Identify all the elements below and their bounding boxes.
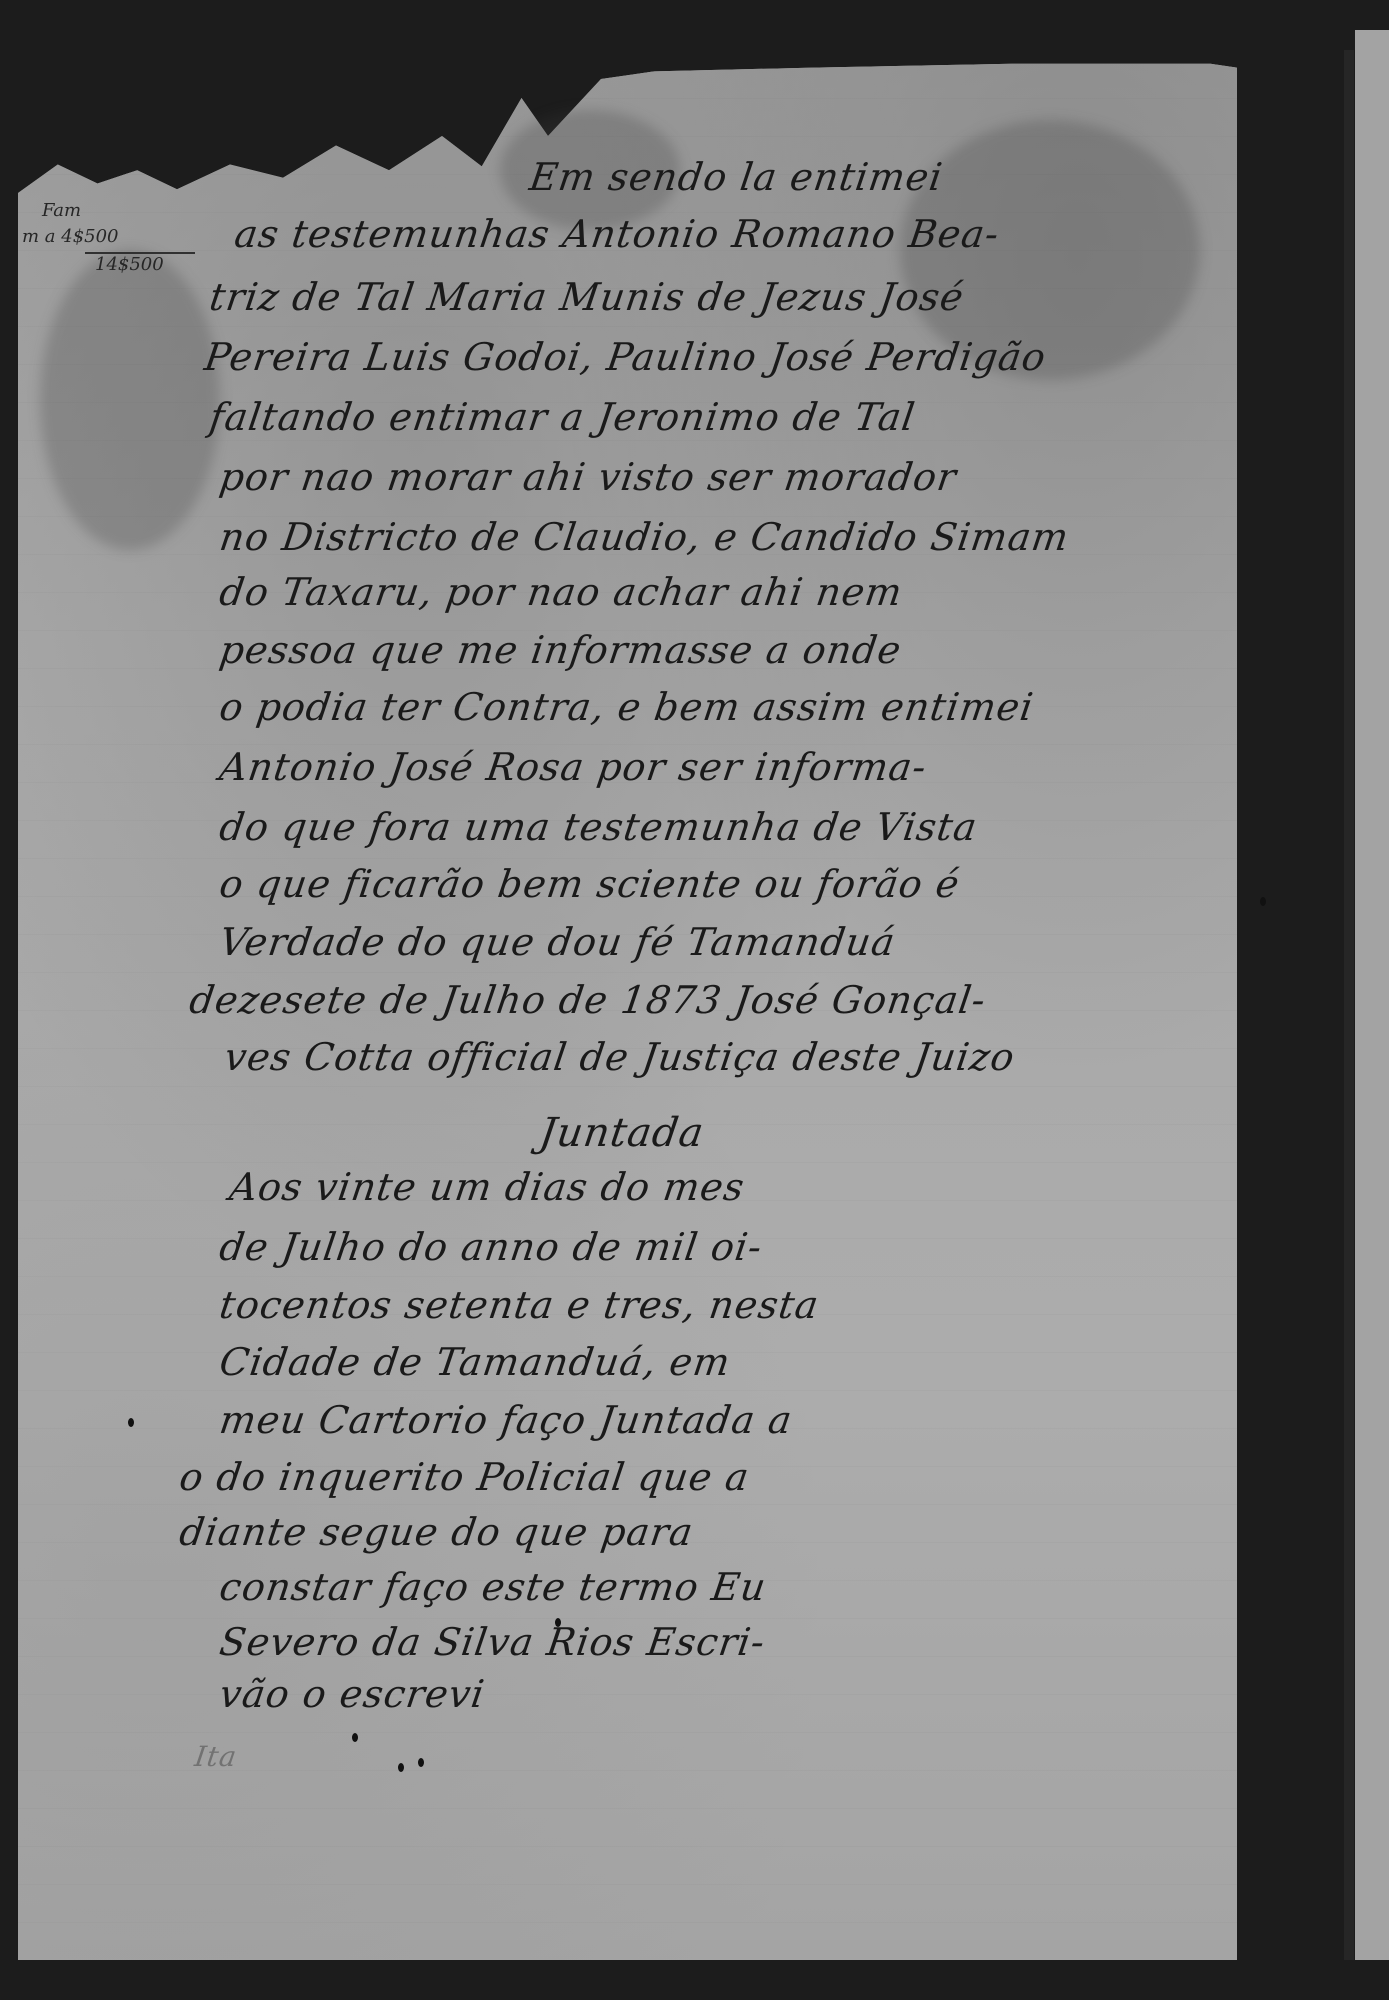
adjacent-page-edge: [1355, 30, 1389, 2000]
ink-dot: [555, 1618, 561, 1627]
juntada-line: o do inquerito Policial que a: [177, 1455, 752, 1499]
manuscript-line: o que ficarão bem sciente ou forão é: [217, 862, 963, 906]
section-title: Juntada: [537, 1110, 707, 1156]
ink-dot: [1260, 897, 1266, 906]
manuscript-line: no Districto de Claudio, e Candido Simam: [217, 515, 1072, 559]
scan-bottom-edge: [0, 1960, 1389, 2000]
manuscript-line: do Taxaru, por nao achar ahi nem: [217, 570, 906, 614]
manuscript-line: Em sendo la entimei: [527, 155, 946, 199]
manuscript-line: Antonio José Rosa por ser informa-: [217, 745, 930, 789]
manuscript-line: as testemunhas Antonio Romano Bea-: [232, 212, 1002, 256]
manuscript-line: o podia ter Contra, e bem assim entimei: [217, 685, 1037, 729]
manuscript-line: Verdade do que dou fé Tamanduá: [217, 920, 898, 964]
manuscript-line: do que fora uma testemunha de Vista: [217, 805, 980, 849]
juntada-line: de Julho do anno de mil oi-: [217, 1225, 765, 1269]
juntada-line: meu Cartorio faço Juntada a: [217, 1398, 795, 1442]
juntada-line: constar faço este termo Eu: [217, 1565, 769, 1609]
ink-dot: [128, 1418, 134, 1427]
manuscript-line: dezesete de Julho de 1873 José Gonçal-: [187, 978, 989, 1022]
margin-note-line2: m a 4$500: [22, 226, 119, 247]
manuscript-line: faltando entimar a Jeronimo de Tal: [207, 395, 918, 439]
manuscript-line: pessoa que me informasse a onde: [217, 628, 904, 672]
water-stain: [40, 250, 220, 550]
manuscript-line: por nao morar ahi visto ser morador: [217, 455, 960, 499]
faint-mark: Ita: [193, 1740, 240, 1773]
juntada-line: Aos vinte um dias do mes: [227, 1165, 748, 1209]
margin-note-line3: 14$500: [95, 254, 164, 275]
ink-dot: [352, 1733, 358, 1742]
manuscript-line: triz de Tal Maria Munis de Jezus José: [207, 275, 967, 319]
manuscript-line: ves Cotta official de Justiça deste Juiz…: [222, 1035, 1018, 1079]
ink-dot: [418, 1758, 424, 1767]
juntada-line: diante segue do que para: [177, 1510, 696, 1554]
juntada-line: vão o escrevi: [217, 1672, 488, 1716]
juntada-line: Cidade de Tamanduá, em: [217, 1340, 734, 1384]
manuscript-line: Pereira Luis Godoi, Paulino José Perdigã…: [202, 335, 1049, 379]
ink-dot: [398, 1763, 404, 1772]
juntada-line: Severo da Silva Rios Escri-: [217, 1620, 768, 1664]
binding-edge: [1344, 50, 1354, 2000]
juntada-line: tocentos setenta e tres, nesta: [217, 1283, 822, 1327]
margin-note-line1: Fam: [42, 200, 81, 221]
